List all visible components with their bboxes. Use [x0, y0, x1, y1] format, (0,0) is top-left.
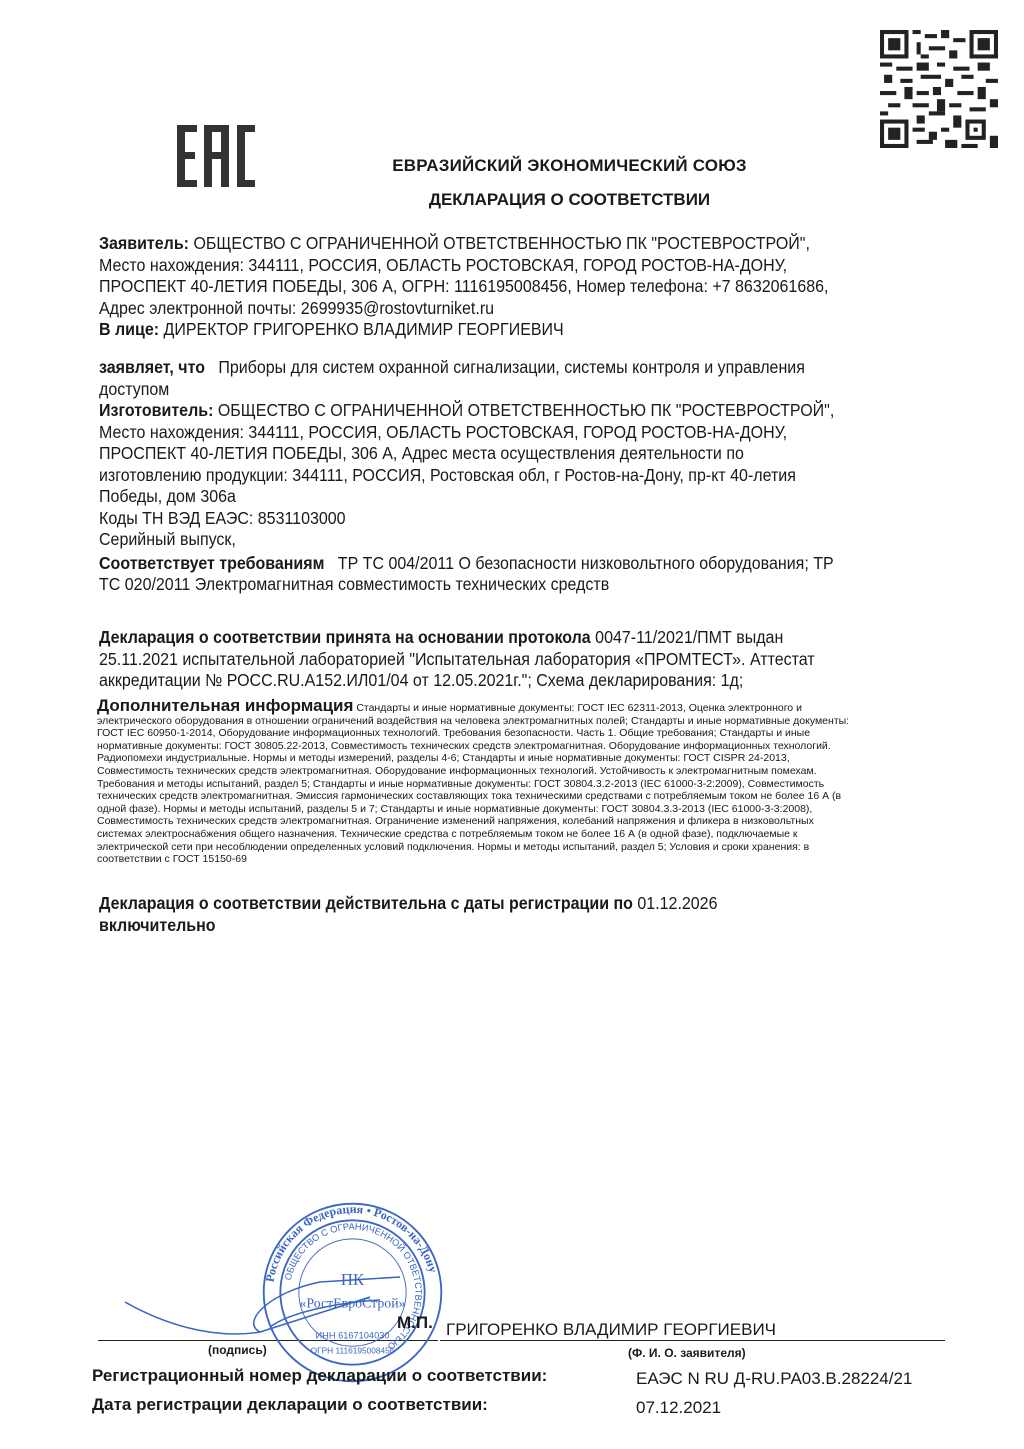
name-line [440, 1340, 945, 1341]
company-stamp: Российская Федерация • Ростов-на-Дону ОБ… [260, 1200, 445, 1385]
registration-number: ЕАЭС N RU Д-RU.РА03.В.28224/21 [636, 1369, 912, 1389]
name-caption: (Ф. И. О. заявителя) [628, 1346, 746, 1360]
product-description: Приборы для систем охранной сигнализации… [218, 357, 805, 377]
union-heading: ЕВРАЗИЙСКИЙ ЭКОНОМИЧЕСКИЙ СОЮЗ [0, 156, 1024, 176]
stamp-center-name: «РостЕвроСтрой» [299, 1296, 405, 1311]
signer-name: ГРИГОРЕНКО ВЛАДИМИР ГЕОРГИЕВИЧ [446, 1320, 776, 1340]
applicant-section: Заявитель: ОБЩЕСТВО С ОГРАНИЧЕННОЙ ОТВЕТ… [99, 233, 987, 341]
manufacturer-line: ОБЩЕСТВО С ОГРАНИЧЕННОЙ ОТВЕТСТВЕННОСТЬЮ… [218, 400, 834, 420]
additional-line: электрической сети при несоблюдении опре… [97, 841, 997, 854]
declares-label: заявляет, что [99, 357, 205, 377]
additional-line: соответствии с ГОСТ 15150-69 [97, 853, 997, 866]
additional-line: электрического оборудования в отношении … [97, 715, 997, 728]
qr-code [880, 30, 998, 148]
additional-info-label: Дополнительная информация [97, 696, 353, 715]
applicant-line: ПРОСПЕКТ 40-ЛЕТИЯ ПОБЕДЫ, 306 А, ОГРН: 1… [99, 276, 987, 298]
basis-line: 0047-11/2021/ПМТ выдан [595, 627, 783, 647]
registration-number-label: Регистрационный номер декларации о соотв… [92, 1366, 547, 1386]
manufacturer-line: Победы, дом 306а [99, 486, 987, 508]
validity-label: Декларация о соответствии действительна … [99, 893, 633, 913]
additional-line: Стандарты и иные нормативные документы: … [356, 702, 802, 714]
stamp-mark: М.П. [397, 1313, 433, 1333]
additional-line: Совместимость технических средств электр… [97, 815, 997, 828]
additional-info-section: Дополнительная информация Стандарты и ин… [97, 700, 997, 866]
release-type: Серийный выпуск, [99, 529, 987, 551]
conforms-label: Соответствует требованиям [99, 553, 324, 573]
additional-line: ГОСТ IEC 60950-1-2014, Оборудование инфо… [97, 727, 997, 740]
registration-date-label: Дата регистрации декларации о соответств… [92, 1395, 488, 1415]
stamp-ogrn: ОГРН 1116195008456 [311, 1346, 395, 1356]
hs-codes: Коды ТН ВЭД ЕАЭС: 8531103000 [99, 508, 987, 530]
additional-line: технических средств электромагнитная. Эм… [97, 790, 997, 803]
validity-date: 01.12.2026 [637, 893, 717, 913]
applicant-label: Заявитель: [99, 233, 189, 253]
additional-line: Требования и методы испытаний, раздел 5;… [97, 778, 997, 791]
basis-line: 25.11.2021 испытательной лабораторией "И… [99, 649, 987, 671]
represented-value: ДИРЕКТОР ГРИГОРЕНКО ВЛАДИМИР ГЕОРГИЕВИЧ [164, 319, 564, 339]
applicant-email: Адрес электронной почты: 2699935@rostovt… [99, 298, 987, 320]
additional-line: системах электроснабжения общего назначе… [97, 828, 997, 841]
manufacturer-line: ПРОСПЕКТ 40-ЛЕТИЯ ПОБЕДЫ, 306 А, Адрес м… [99, 443, 987, 465]
additional-line: одной фазе). Нормы и методы испытаний, р… [97, 803, 997, 816]
product-description: доступом [99, 379, 987, 401]
registration-date: 07.12.2021 [636, 1398, 721, 1418]
manufacturer-line: Место нахождения: 344111, РОССИЯ, ОБЛАСТ… [99, 422, 987, 444]
represented-label: В лице: [99, 319, 159, 339]
conforms-line: ТС 020/2011 Электромагнитная совместимос… [99, 574, 987, 596]
applicant-line: Место нахождения: 344111, РОССИЯ, ОБЛАСТ… [99, 255, 987, 277]
validity-suffix: включительно [99, 915, 987, 937]
stamp-center-top: ПК [341, 1270, 365, 1289]
validity-section: Декларация о соответствии действительна … [99, 893, 987, 936]
document-title: ДЕКЛАРАЦИЯ О СООТВЕТСТВИИ [0, 190, 1024, 210]
basis-section: Декларация о соответствии принята на осн… [99, 627, 987, 692]
product-section: заявляет, что Приборы для систем охранно… [99, 357, 987, 596]
signature-caption: (подпись) [208, 1343, 267, 1357]
basis-label: Декларация о соответствии принята на осн… [99, 627, 591, 647]
applicant-line: ОБЩЕСТВО С ОГРАНИЧЕННОЙ ОТВЕТСТВЕННОСТЬЮ… [193, 233, 809, 253]
conforms-line: ТР ТС 004/2011 О безопасности низковольт… [338, 553, 834, 573]
stamp-inn: ИНН 6167104030 [315, 1331, 389, 1341]
manufacturer-line: изготовлению продукции: 344111, РОССИЯ, … [99, 465, 987, 487]
additional-line: Радиопомехи индустриальные. Нормы и мето… [97, 752, 997, 765]
additional-line: Совместимость технических средств электр… [97, 765, 997, 778]
additional-line: нормативные документы: ГОСТ 30805.22-201… [97, 740, 997, 753]
manufacturer-label: Изготовитель: [99, 400, 213, 420]
basis-line: аккредитации № РОСС.RU.А152.ИЛ01/04 от 1… [99, 670, 987, 692]
